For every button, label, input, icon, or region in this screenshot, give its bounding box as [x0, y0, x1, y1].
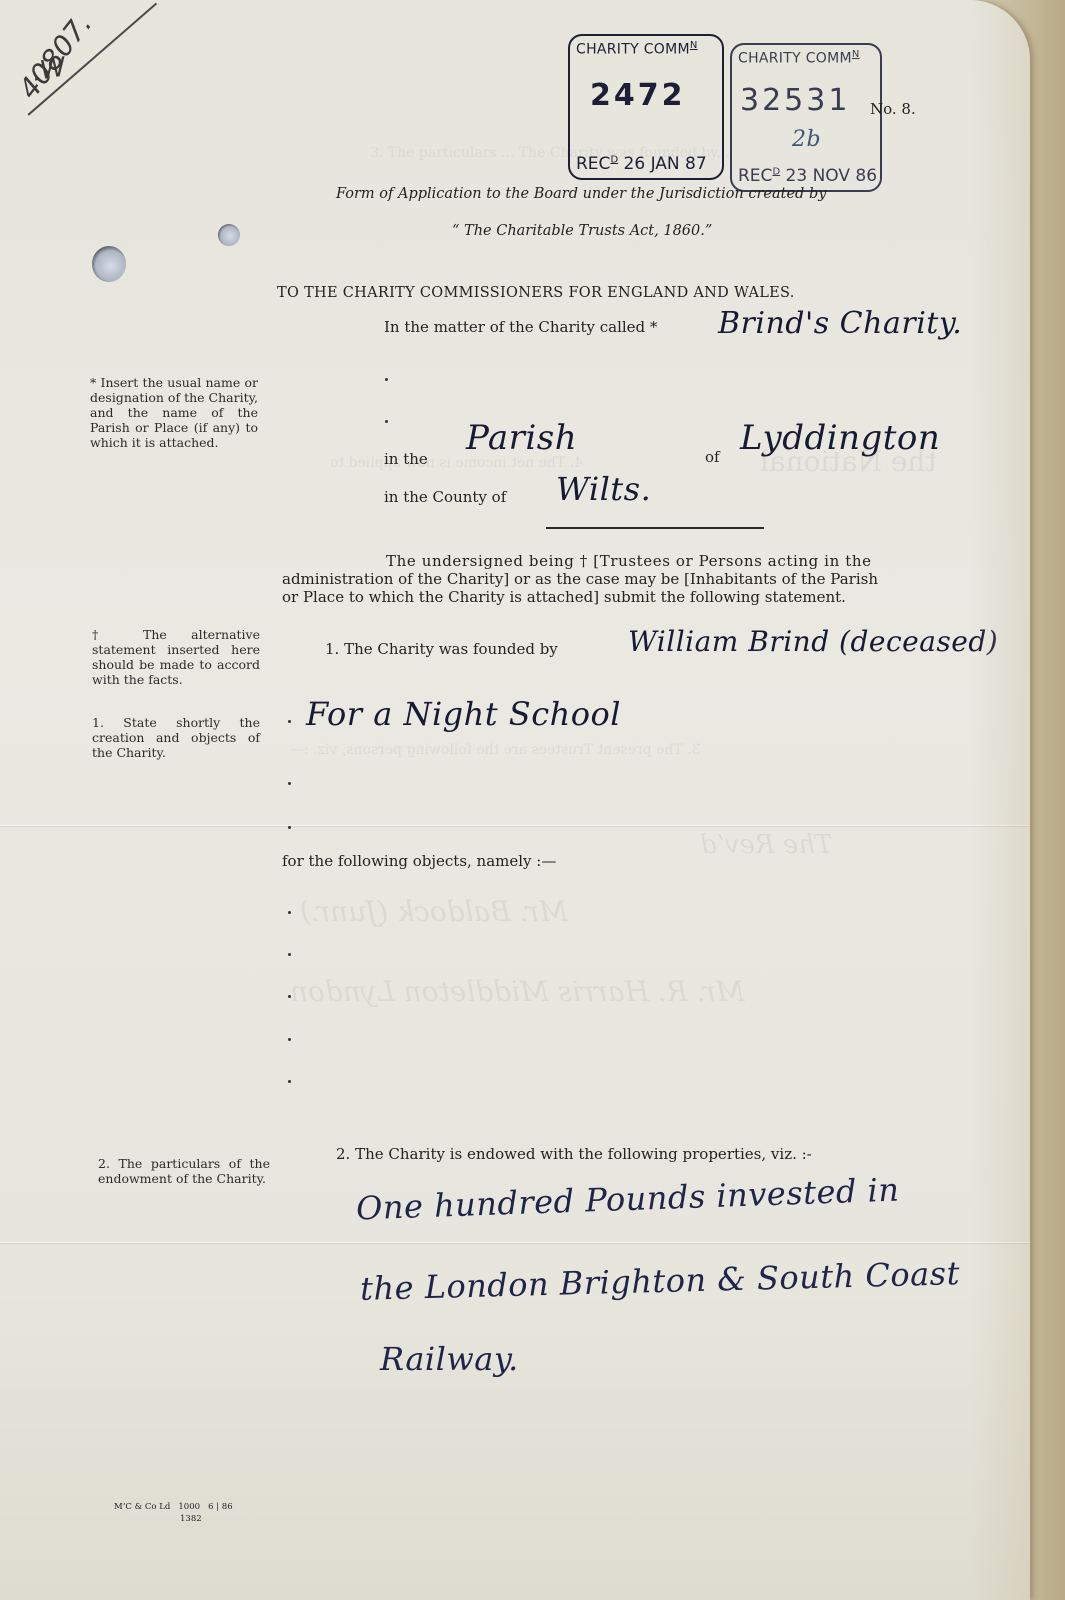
bleed-through-text: The Rev’d [700, 830, 832, 860]
margin-note-insert-name: * Insert the usual name or designation o… [90, 375, 258, 450]
fill-dot [288, 1038, 291, 1041]
margin-note-alternative: † The alternative statement inserted her… [92, 627, 260, 687]
printer-imprint-line2: 1382 [180, 1514, 202, 1524]
stamp-handwritten-mark: 2b [792, 127, 821, 152]
in-the-label: in the [384, 450, 428, 468]
undersigned-line1: The undersigned being † [Trustees or Per… [386, 552, 872, 570]
fold-line [0, 825, 1030, 826]
purpose-handwritten: For a Night School [306, 695, 621, 733]
undersigned-line2: administration of the Charity] or as the… [282, 570, 878, 588]
stamp-number: 32531 [740, 83, 850, 118]
margin-note-particulars: 2. The particulars of the endowment of t… [98, 1156, 270, 1186]
bleed-through-text: Mr. R. Harris Middleton Lyndon [290, 975, 745, 1008]
punch-hole [92, 246, 126, 282]
charity-called-label: In the matter of the Charity called * [384, 318, 657, 336]
fill-dot [288, 720, 291, 723]
fold-line [0, 1242, 1030, 1243]
fill-dot [288, 911, 291, 914]
received-stamp-jan-87: CHARITY COMMN 2472 RECD 26 JAN 87 [568, 34, 724, 180]
stamp-received-date: RECD 26 JAN 87 [576, 154, 707, 174]
punch-hole [218, 224, 240, 246]
received-stamp-nov-86: CHARITY COMMN 32531 2b RECD 23 NOV 86 [730, 43, 882, 192]
form-title-line1: Form of Application to the Board under t… [336, 186, 826, 202]
charity-name-handwritten: Brind's Charity. [718, 306, 962, 341]
item2-endowment-label: 2. The Charity is endowed with the follo… [336, 1145, 812, 1163]
undersigned-line3: or Place to which the Charity is attache… [282, 588, 846, 606]
county-label: in the County of [384, 488, 506, 506]
form-title-line2: “ The Charitable Trusts Act, 1860.” [452, 223, 712, 239]
printer-imprint-line1: MʻC & Co Ld 1000 6 | 86 [114, 1502, 233, 1512]
fill-dot [385, 420, 388, 423]
place-handwritten: Lyddington [740, 418, 940, 458]
stamp-received-date: RECD 23 NOV 86 [738, 166, 877, 186]
county-handwritten: Wilts. [556, 470, 651, 508]
founder-handwritten: William Brind (deceased) [628, 625, 998, 658]
fill-dot [288, 953, 291, 956]
addressee-heading: TO THE CHARITY COMMISSIONERS FOR ENGLAND… [277, 285, 795, 301]
item1-objects-label: for the following objects, namely :— [282, 852, 556, 870]
of-label: of [705, 448, 720, 466]
bleed-through-text: Mr. Baldock (Junr.) [300, 895, 568, 928]
form-number: No. 8. [870, 100, 916, 118]
item1-founded-label: 1. The Charity was founded by [325, 640, 558, 658]
parish-handwritten: Parish [466, 418, 577, 458]
stamp-header: CHARITY COMMN [576, 40, 698, 58]
bleed-through-text: 3. The present Trustees are the followin… [290, 742, 701, 758]
form-page: 3. The particulars ... The Charity was f… [0, 0, 1030, 1600]
fill-dot [288, 826, 291, 829]
endowment-line1-handwritten: One hundred Pounds invested in [356, 1171, 901, 1228]
fill-dot [288, 782, 291, 785]
stamp-header: CHARITY COMMN [738, 49, 860, 67]
fill-dot [385, 378, 388, 381]
fill-dot [288, 995, 291, 998]
margin-note-state-shortly: 1. State shortly the creation and object… [92, 715, 260, 760]
fill-dot [288, 1080, 291, 1083]
endowment-line3-handwritten: Railway. [380, 1340, 519, 1378]
endowment-line2-handwritten: the London Brighton & South Coast [360, 1254, 961, 1308]
stamp-number: 2472 [590, 78, 686, 113]
section-divider [546, 527, 764, 529]
